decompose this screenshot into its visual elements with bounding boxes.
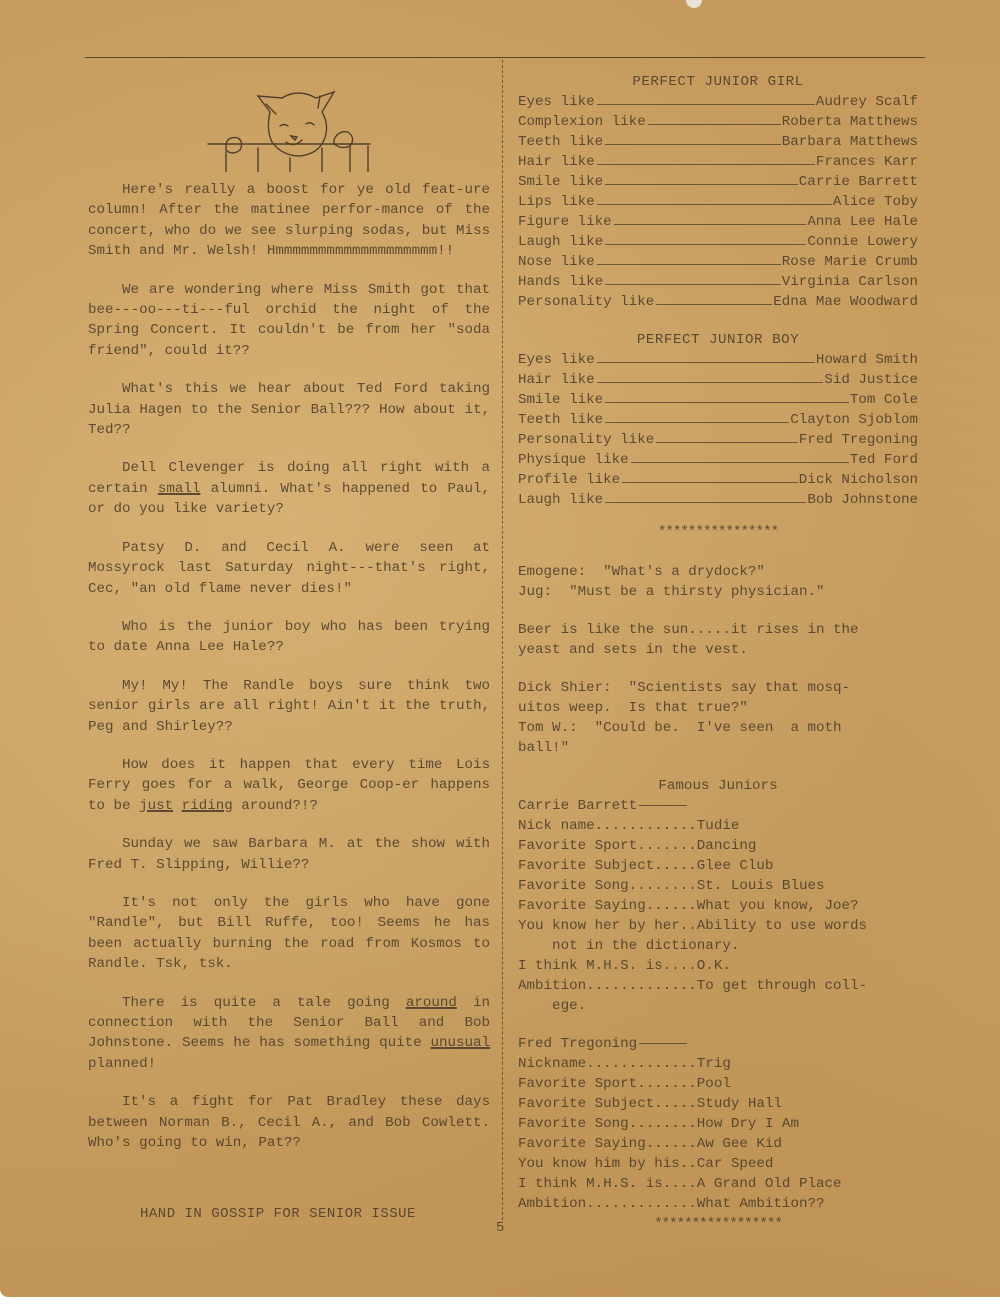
joke-line: Jug: "Must be a thirsty physician." — [518, 582, 918, 602]
perfect-junior-girl-list: Eyes likeAudrey ScalfComplexion likeRobe… — [518, 92, 918, 312]
person-name: Bob Johnstone — [807, 490, 918, 510]
perfect-junior-girl-title: PERFECT JUNIOR GIRL — [518, 72, 918, 92]
famous-junior-line: Favorite Saying......Aw Gee Kid — [518, 1134, 918, 1154]
trait-label: Laugh like — [518, 232, 603, 252]
gossip-paragraph: It's a fight for Pat Bradley these days … — [88, 1092, 490, 1153]
like-row: Hair likeSid Justice — [518, 370, 918, 390]
person-name: Virginia Carlson — [782, 272, 918, 292]
like-row: Nose likeRose Marie Crumb — [518, 252, 918, 272]
gossip-paragraph: We are wondering where Miss Smith got th… — [88, 280, 490, 362]
famous-junior-line: Favorite Subject.....Glee Club — [518, 856, 918, 876]
right-column: PERFECT JUNIOR GIRL Eyes likeAudrey Scal… — [518, 72, 918, 1254]
famous-junior-line: ege. — [518, 996, 918, 1016]
gossip-paragraph: What's this we hear about Ted Ford takin… — [88, 379, 490, 440]
spacer — [518, 1016, 918, 1034]
famous-junior-name: Fred Tregoning — [518, 1034, 918, 1054]
joke-line: Beer is like the sun.....it rises in the — [518, 620, 918, 640]
gossip-paragraph: My! My! The Randle boys sure think two s… — [88, 676, 490, 737]
person-name: Roberta Matthews — [782, 112, 918, 132]
trait-label: Eyes like — [518, 350, 595, 370]
perfect-junior-boy-title: PERFECT JUNIOR BOY — [518, 330, 918, 350]
leader-line — [622, 482, 798, 483]
leader-line — [614, 224, 807, 225]
person-name: Tom Cole — [850, 390, 918, 410]
person-name: Clayton Sjoblom — [790, 410, 918, 430]
famous-juniors-list: Carrie BarrettNick name............Tudie… — [518, 796, 918, 1214]
famous-junior-line: Favorite Song........How Dry I Am — [518, 1114, 918, 1134]
like-row: Smile likeCarrie Barrett — [518, 172, 918, 192]
famous-junior-line: Nick name............Tudie — [518, 816, 918, 836]
joke: Emogene: "What's a drydock?"Jug: "Must b… — [518, 562, 918, 602]
trait-label: Hair like — [518, 370, 595, 390]
person-name: Carrie Barrett — [799, 172, 918, 192]
famous-junior-line: I think M.H.S. is....A Grand Old Place — [518, 1174, 918, 1194]
like-row: Eyes likeAudrey Scalf — [518, 92, 918, 112]
name-dash — [639, 1043, 687, 1044]
leader-line — [605, 244, 806, 245]
trait-label: Hands like — [518, 272, 603, 292]
star-separator: **************** — [518, 522, 918, 542]
person-name: Anna Lee Hale — [807, 212, 918, 232]
like-row: Laugh likeConnie Lowery — [518, 232, 918, 252]
trait-label: Lips like — [518, 192, 595, 212]
name-dash — [639, 805, 687, 806]
trait-label: Profile like — [518, 470, 620, 490]
underlined-word: just — [139, 798, 173, 814]
trait-label: Teeth like — [518, 132, 603, 152]
trait-label: Teeth like — [518, 410, 603, 430]
joke-line: Emogene: "What's a drydock?" — [518, 562, 918, 582]
underlined-word: small — [158, 481, 201, 497]
gossip-paragraph: Who is the junior boy who has been tryin… — [88, 617, 490, 658]
end-star-separator: ***************** — [518, 1214, 918, 1234]
famous-junior-line: Favorite Saying......What you know, Joe? — [518, 896, 918, 916]
leader-line — [656, 304, 772, 305]
leader-line — [605, 502, 806, 503]
leader-line — [605, 422, 789, 423]
leader-line — [656, 442, 798, 443]
gossip-paragraph: Patsy D. and Cecil A. were seen at Mossy… — [88, 538, 490, 599]
person-name: Fred Tregoning — [799, 430, 918, 450]
top-rule — [85, 57, 925, 58]
gossip-paragraph: Dell Clevenger is doing all right with a… — [88, 458, 490, 519]
like-row: Physique likeTed Ford — [518, 450, 918, 470]
famous-junior-line: You know him by his..Car Speed — [518, 1154, 918, 1174]
leader-line — [605, 144, 781, 145]
trait-label: Smile like — [518, 172, 603, 192]
newsletter-page: Here's really a boost for ye old feat-ur… — [0, 0, 1000, 1297]
famous-juniors-title: Famous Juniors — [518, 776, 918, 796]
person-name: Ted Ford — [850, 450, 918, 470]
page-number: 5 — [496, 1220, 504, 1236]
trait-label: Laugh like — [518, 490, 603, 510]
underlined-word: riding — [182, 798, 233, 814]
gossip-paragraph: Here's really a boost for ye old feat-ur… — [88, 180, 490, 262]
like-row: Personality likeFred Tregoning — [518, 430, 918, 450]
like-row: Laugh likeBob Johnstone — [518, 490, 918, 510]
cat-on-fence-illustration — [170, 82, 410, 172]
like-row: Personality likeEdna Mae Woodward — [518, 292, 918, 312]
leader-line — [631, 462, 849, 463]
person-name: Rose Marie Crumb — [782, 252, 918, 272]
leader-line — [648, 124, 781, 125]
trait-label: Figure like — [518, 212, 612, 232]
leader-line — [597, 164, 815, 165]
person-name: Howard Smith — [816, 350, 918, 370]
person-name: Alice Toby — [833, 192, 918, 212]
trait-label: Smile like — [518, 390, 603, 410]
leader-line — [605, 184, 798, 185]
famous-junior-line: Favorite Subject.....Study Hall — [518, 1094, 918, 1114]
joke-line: ball!" — [518, 738, 918, 758]
trait-label: Nose like — [518, 252, 595, 272]
trait-label: Physique like — [518, 450, 629, 470]
trait-label: Complexion like — [518, 112, 646, 132]
jokes-section: Emogene: "What's a drydock?"Jug: "Must b… — [518, 562, 918, 758]
like-row: Hands likeVirginia Carlson — [518, 272, 918, 292]
person-name: Audrey Scalf — [816, 92, 918, 112]
underlined-word: unusual — [430, 1035, 490, 1051]
column-divider — [502, 60, 503, 1220]
like-row: Profile likeDick Nicholson — [518, 470, 918, 490]
person-name: Connie Lowery — [807, 232, 918, 252]
like-row: Lips likeAlice Toby — [518, 192, 918, 212]
leader-line — [597, 204, 832, 205]
person-name: Barbara Matthews — [782, 132, 918, 152]
trait-label: Personality like — [518, 430, 654, 450]
like-row: Complexion likeRoberta Matthews — [518, 112, 918, 132]
gossip-column: Here's really a boost for ye old feat-ur… — [88, 180, 490, 1171]
like-row: Smile likeTom Cole — [518, 390, 918, 410]
joke-line: yeast and sets in the vest. — [518, 640, 918, 660]
person-name: Edna Mae Woodward — [773, 292, 918, 312]
perfect-junior-boy-list: Eyes likeHoward SmithHair likeSid Justic… — [518, 350, 918, 510]
gossip-footer-note: HAND IN GOSSIP FOR SENIOR ISSUE — [140, 1206, 416, 1222]
famous-junior-line: I think M.H.S. is....O.K. — [518, 956, 918, 976]
famous-junior-line: Ambition.............To get through coll… — [518, 976, 918, 996]
famous-junior-line: Favorite Sport.......Dancing — [518, 836, 918, 856]
like-row: Teeth likeClayton Sjoblom — [518, 410, 918, 430]
gossip-paragraph: There is quite a tale going around in co… — [88, 993, 490, 1075]
trait-label: Personality like — [518, 292, 654, 312]
leader-line — [597, 382, 824, 383]
famous-junior-line: Favorite Sport.......Pool — [518, 1074, 918, 1094]
trait-label: Hair like — [518, 152, 595, 172]
person-name: Dick Nicholson — [799, 470, 918, 490]
like-row: Eyes likeHoward Smith — [518, 350, 918, 370]
leader-line — [597, 362, 815, 363]
trait-label: Eyes like — [518, 92, 595, 112]
underlined-word: around — [406, 995, 457, 1011]
joke-line: uitos weep. Is that true?" — [518, 698, 918, 718]
famous-junior-line: Favorite Song........St. Louis Blues — [518, 876, 918, 896]
joke: Beer is like the sun.....it rises in the… — [518, 620, 918, 660]
staple-hole — [686, 0, 702, 8]
leader-line — [597, 264, 781, 265]
leader-line — [597, 104, 815, 105]
famous-junior-line: not in the dictionary. — [518, 936, 918, 956]
joke-line: Tom W.: "Could be. I've seen a moth — [518, 718, 918, 738]
joke: Dick Shier: "Scientists say that mosq-ui… — [518, 678, 918, 758]
famous-junior-line: You know her by her..Ability to use word… — [518, 916, 918, 936]
like-row: Hair likeFrances Karr — [518, 152, 918, 172]
like-row: Teeth likeBarbara Matthews — [518, 132, 918, 152]
like-row: Figure likeAnna Lee Hale — [518, 212, 918, 232]
famous-junior-line: Nickname.............Trig — [518, 1054, 918, 1074]
gossip-paragraph: How does it happen that every time Lois … — [88, 755, 490, 816]
person-name: Frances Karr — [816, 152, 918, 172]
gossip-paragraph: Sunday we saw Barbara M. at the show wit… — [88, 834, 490, 875]
person-name: Sid Justice — [824, 370, 918, 390]
famous-junior-name: Carrie Barrett — [518, 796, 918, 816]
gossip-paragraph: It's not only the girls who have gone "R… — [88, 893, 490, 975]
joke-line: Dick Shier: "Scientists say that mosq- — [518, 678, 918, 698]
leader-line — [605, 402, 849, 403]
leader-line — [605, 284, 781, 285]
famous-junior-line: Ambition.............What Ambition?? — [518, 1194, 918, 1214]
